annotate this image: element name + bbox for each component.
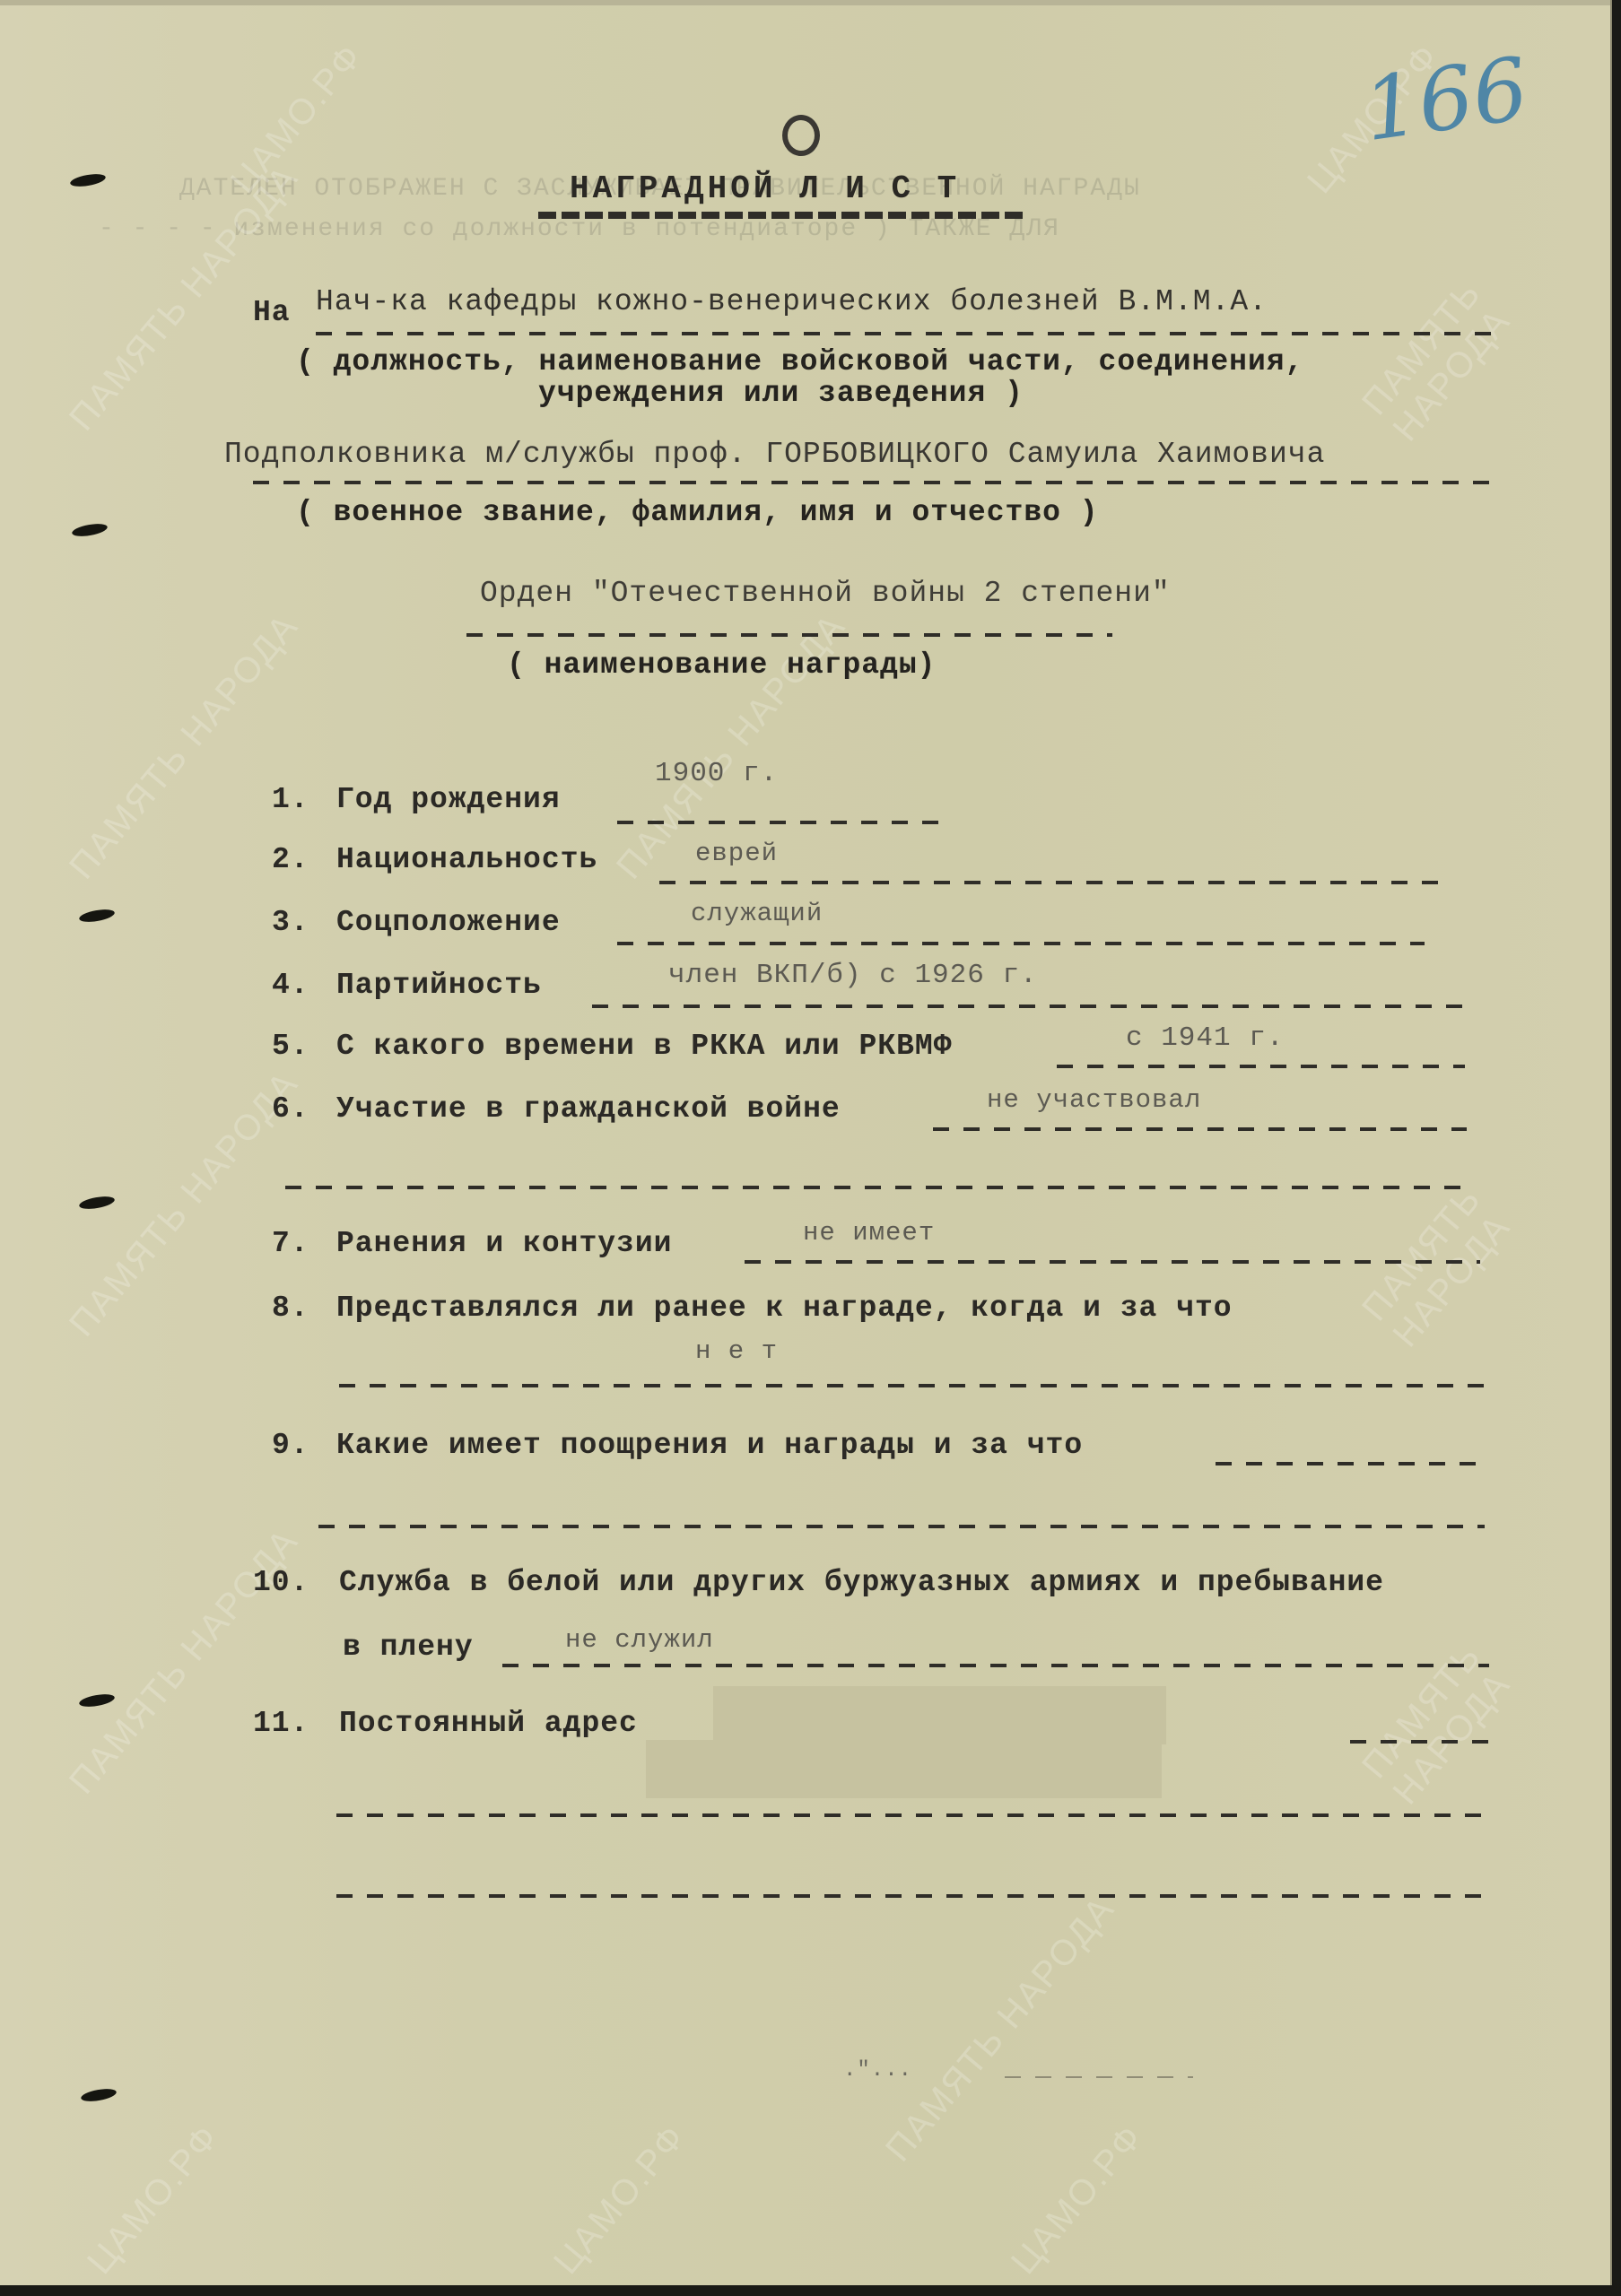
field-3-value: служащий — [691, 899, 823, 928]
watermark: ПАМЯТЬ НАРОДА — [1355, 1093, 1592, 1354]
footer-mark: ."... — [843, 2058, 912, 2083]
binding-hole — [80, 2087, 117, 2104]
field-6-number: 6. — [272, 1092, 309, 1126]
binding-hole — [78, 1692, 115, 1709]
watermark: ПАМЯТЬ НАРОДА — [62, 1521, 307, 1802]
award-sheet-page: ДАТЕЛЕН ОТОБРАЖЕН С ЗАСЛУЖИВАЕТ ПРАВИТЕЛ… — [0, 0, 1612, 2285]
field-5-label: С какого времени в РККА или РКВМФ — [336, 1030, 953, 1063]
field-8-label: Представлялся ли ранее к награде, когда … — [336, 1291, 1233, 1325]
field-5-underline — [1057, 1065, 1465, 1068]
field-9-label: Какие имеет поощрения и награды и за что — [336, 1429, 1083, 1462]
field-11-number: 11. — [253, 1707, 309, 1740]
field-11-label: Постоянный адрес — [339, 1707, 638, 1740]
watermark: ЦАМО.РФ — [80, 2117, 228, 2282]
field-3-number: 3. — [272, 906, 309, 939]
field-4-value: член ВКП/б) с 1926 г. — [668, 960, 1038, 991]
field-2-number: 2. — [272, 843, 309, 876]
field-3-label: Соцположение — [336, 906, 561, 939]
field-9-underline — [1216, 1462, 1485, 1465]
title-underline — [538, 212, 1023, 219]
field-6-underline — [933, 1127, 1467, 1131]
bleed-through-text: - - - - изменения со должности в потенди… — [99, 215, 1060, 243]
field-6-label: Участие в гражданской войне — [336, 1092, 841, 1126]
field-4-label: Партийность — [336, 969, 542, 1002]
field-2-value: еврей — [695, 839, 778, 868]
redacted-address — [713, 1686, 1166, 1744]
recipient-prefix: На — [253, 296, 291, 329]
field-1-value: 1900 г. — [655, 758, 778, 789]
field-5-value: с 1941 г. — [1126, 1022, 1284, 1054]
position-caption-line2: учреждения или заведения ) — [538, 377, 1024, 410]
watermark: ПАМЯТЬ НАРОДА — [878, 1889, 1123, 2170]
field-6-underline-2 — [285, 1186, 1465, 1189]
field-9-number: 9. — [272, 1429, 309, 1462]
field-7-number: 7. — [272, 1227, 309, 1260]
redacted-address — [646, 1740, 1162, 1798]
field-6-value: не участвовал — [987, 1085, 1201, 1115]
person-caption: ( военное звание, фамилия, имя и отчеств… — [296, 496, 1099, 529]
footer-underline — [1005, 2076, 1193, 2078]
field-10-label: Служба в белой или других буржуазных арм… — [339, 1566, 1384, 1599]
person-value: Подполковника м/службы проф. ГОРБОВИЦКОГ… — [224, 438, 1325, 471]
folio-number: 166 — [1357, 39, 1534, 161]
award-caption: ( наименование награды) — [507, 648, 936, 682]
person-underline — [253, 481, 1491, 484]
field-11-underline-2 — [336, 1813, 1494, 1817]
field-8-number: 8. — [272, 1291, 309, 1325]
circle-mark — [782, 115, 820, 156]
watermark: ЦАМО.РФ — [546, 2117, 694, 2282]
field-8-value: н е т — [695, 1336, 778, 1366]
field-4-underline — [592, 1004, 1462, 1008]
field-1-number: 1. — [272, 783, 309, 816]
field-2-underline — [659, 881, 1449, 884]
position-value: Нач-ка кафедры кожно-венерических болезн… — [316, 285, 1268, 318]
field-1-label: Год рождения — [336, 783, 561, 816]
field-4-number: 4. — [272, 969, 309, 1002]
field-7-underline — [745, 1260, 1480, 1264]
field-3-underline — [617, 942, 1425, 945]
binding-hole — [78, 1195, 115, 1212]
field-11-underline-3 — [336, 1894, 1494, 1898]
field-8-underline — [339, 1384, 1487, 1387]
watermark: ЦАМО.РФ — [1004, 2117, 1152, 2282]
watermark: ПАМЯТЬ НАРОДА — [1355, 187, 1592, 448]
document-title: НАГРАДНОЙ Л И С Т — [570, 170, 960, 207]
field-2-label: Национальность — [336, 843, 597, 876]
field-1-underline — [617, 821, 940, 824]
binding-hole — [69, 172, 106, 189]
field-7-label: Ранения и контузии — [336, 1227, 672, 1260]
field-7-value: не имеет — [803, 1218, 935, 1248]
field-10-underline — [502, 1664, 1489, 1667]
position-underline — [316, 332, 1491, 335]
watermark: ПАМЯТЬ НАРОДА — [1355, 1551, 1592, 1812]
award-underline — [466, 633, 1112, 637]
position-caption-line1: ( должность, наименование войсковой част… — [296, 345, 1303, 378]
field-10-value: не служил — [565, 1625, 714, 1655]
field-5-number: 5. — [272, 1030, 309, 1063]
award-value: Орден "Отечественной войны 2 степени" — [480, 577, 1171, 610]
field-11-underline — [1350, 1740, 1489, 1744]
field-9-underline-2 — [318, 1525, 1485, 1528]
binding-hole — [71, 522, 108, 539]
binding-hole — [78, 908, 115, 925]
field-10-label-line2: в плену — [343, 1631, 474, 1664]
field-10-number: 10. — [253, 1566, 309, 1599]
watermark: ПАМЯТЬ НАРОДА — [62, 606, 307, 887]
